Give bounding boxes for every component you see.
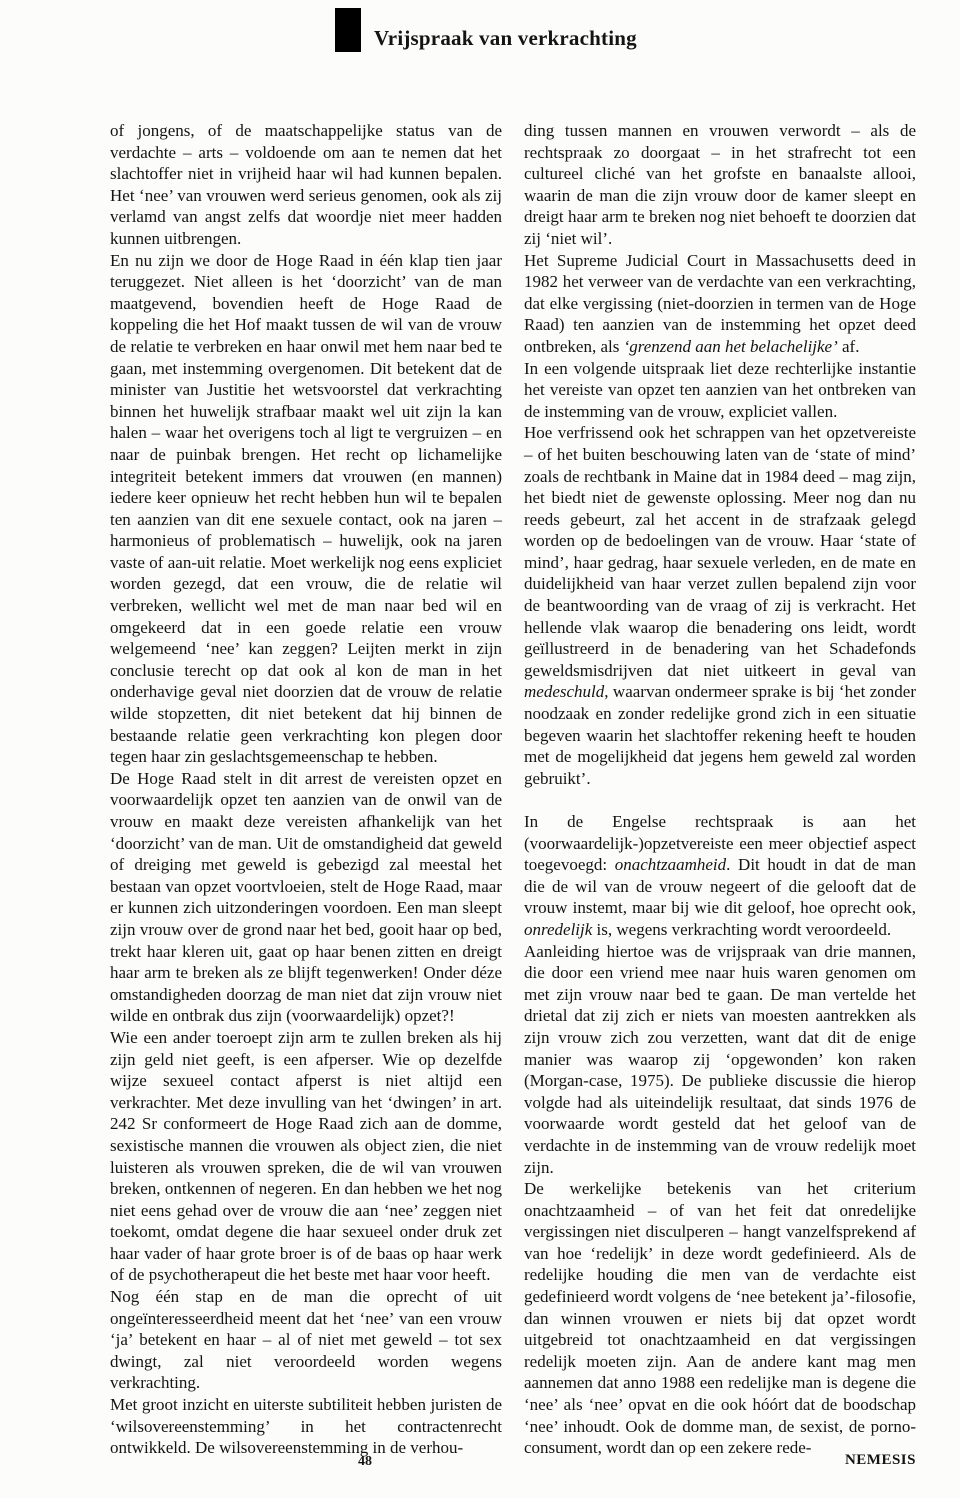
paragraph: Het Supreme Judicial Court in Massachuse…: [524, 250, 916, 358]
italic-text-run: ‘grenzend aan het belachelijke’: [624, 337, 838, 356]
paragraph: In een volgende uitspraak liet deze rech…: [524, 358, 916, 423]
paragraph: Nog één stap en de man die oprecht of ui…: [110, 1286, 502, 1394]
text-run: Aanleiding hiertoe was de vrijspraak van…: [524, 942, 916, 1177]
header-block-mark: [335, 8, 361, 52]
article-header: Vrijspraak van verkrachting: [335, 8, 637, 52]
text-run: Met groot inzicht en uiterste subtilitei…: [110, 1395, 502, 1457]
text-run: ding tussen mannen en vrouwen verwordt –…: [524, 121, 916, 248]
text-run: is, wegens verkrachting wordt veroordeel…: [592, 920, 891, 939]
italic-text-run: onredelijk: [524, 920, 592, 939]
article-title: Vrijspraak van verkrachting: [374, 28, 637, 52]
text-run: Wie een ander toeroept zijn arm te zulle…: [110, 1028, 502, 1285]
article-body: of jongens, of de maatschappelijke statu…: [110, 120, 916, 1459]
paragraph: Wie een ander toeroept zijn arm te zulle…: [110, 1027, 502, 1286]
text-run: Nog één stap en de man die oprecht of ui…: [110, 1287, 502, 1392]
paragraph: Aanleiding hiertoe was de vrijspraak van…: [524, 941, 916, 1179]
right-column: ding tussen mannen en vrouwen verwordt –…: [524, 120, 916, 1459]
paragraph: ding tussen mannen en vrouwen verwordt –…: [524, 120, 916, 250]
text-run: En nu zijn we door de Hoge Raad in één k…: [110, 251, 502, 767]
left-column: of jongens, of de maatschappelijke statu…: [110, 120, 502, 1459]
paragraph: Met groot inzicht en uiterste subtilitei…: [110, 1394, 502, 1459]
paragraph: In de Engelse rechtspraak is aan het (vo…: [524, 811, 916, 941]
text-run: af.: [838, 337, 860, 356]
page-number: 48: [358, 1454, 372, 1470]
text-run: De Hoge Raad stelt in dit arrest de vere…: [110, 769, 502, 1026]
text-run: De werkelijke betekenis van het criteriu…: [524, 1179, 916, 1457]
journal-name: NEMESIS: [845, 1452, 916, 1469]
paragraph: De Hoge Raad stelt in dit arrest de vere…: [110, 768, 502, 1027]
paragraph: Hoe verfrissend ook het schrappen van he…: [524, 422, 916, 789]
text-run: In een volgende uitspraak liet deze rech…: [524, 359, 916, 421]
paragraph: En nu zijn we door de Hoge Raad in één k…: [110, 250, 502, 768]
text-run: Hoe verfrissend ook het schrappen van he…: [524, 423, 916, 680]
paragraph: De werkelijke betekenis van het criteriu…: [524, 1178, 916, 1459]
italic-text-run: medeschuld: [524, 682, 604, 701]
text-run: of jongens, of de maatschappelijke statu…: [110, 121, 502, 248]
italic-text-run: onachtzaamheid: [615, 855, 726, 874]
paragraph: of jongens, of de maatschappelijke statu…: [110, 120, 502, 250]
